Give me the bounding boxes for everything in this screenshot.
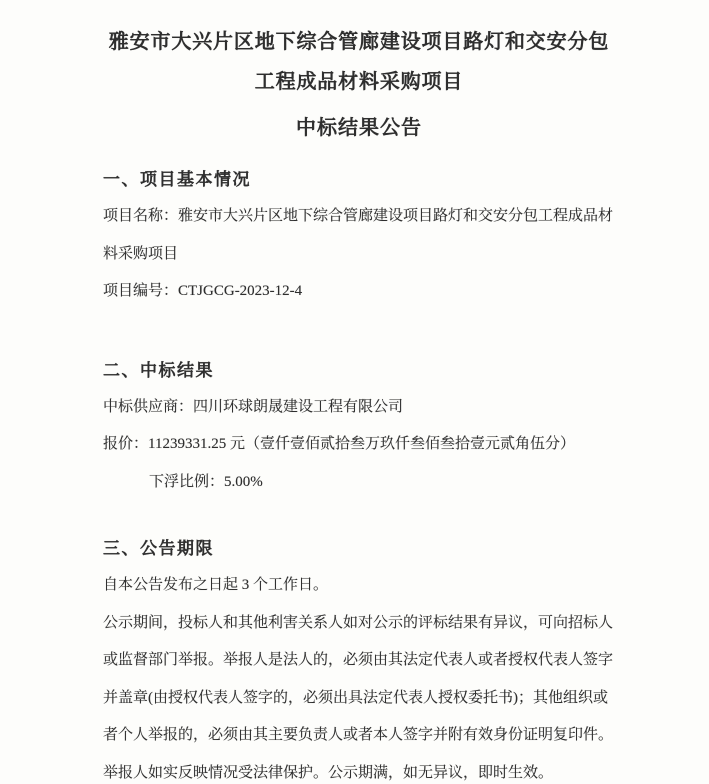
project-name-line: 项目名称：雅安市大兴片区地下综合管廊建设项目路灯和交安分包工程成品材料采购项目 bbox=[103, 198, 615, 273]
project-number-value: CTJGCG-2023-12-4 bbox=[178, 283, 302, 299]
section-announcement-period: 三、公告期限 自本公告发布之日起 3 个工作日。 公示期间，投标人和其他利害关系… bbox=[103, 537, 615, 784]
objection-procedure-paragraph: 公示期间，投标人和其他利害关系人如对公示的评标结果有异议，可向招标人或监督部门举… bbox=[103, 605, 615, 755]
document-title: 雅安市大兴片区地下综合管廊建设项目路灯和交安分包工程成品材料采购项目 bbox=[103, 22, 615, 102]
announcement-duration-paragraph: 自本公告发布之日起 3 个工作日。 bbox=[103, 567, 615, 605]
section-bid-result-heading: 二、中标结果 bbox=[103, 359, 615, 383]
section-announcement-period-heading: 三、公告期限 bbox=[103, 537, 615, 561]
winning-supplier-value: 四川环球朗晟建设工程有限公司 bbox=[193, 399, 403, 415]
section-bid-result: 二、中标结果 中标供应商：四川环球朗晟建设工程有限公司 报价：11239331.… bbox=[103, 359, 615, 502]
project-name-value: 雅安市大兴片区地下综合管廊建设项目路灯和交安分包工程成品材料采购项目 bbox=[103, 208, 613, 262]
section-basic-info: 一、项目基本情况 项目名称：雅安市大兴片区地下综合管廊建设项目路灯和交安分包工程… bbox=[103, 168, 615, 311]
winning-supplier-label: 中标供应商： bbox=[103, 399, 193, 415]
document-subtitle: 中标结果公告 bbox=[103, 114, 615, 142]
discount-rate-line: 下浮比例：5.00% bbox=[103, 464, 615, 502]
section-basic-info-heading: 一、项目基本情况 bbox=[103, 168, 615, 192]
project-number-label: 项目编号： bbox=[103, 283, 178, 299]
discount-rate-value: 5.00% bbox=[224, 474, 263, 490]
discount-rate-label: 下浮比例： bbox=[149, 474, 224, 490]
whistleblower-protection-paragraph: 举报人如实反映情况受法律保护。公示期满，如无异议，即时生效。 bbox=[103, 755, 615, 784]
document-page: 雅安市大兴片区地下综合管廊建设项目路灯和交安分包工程成品材料采购项目 中标结果公… bbox=[0, 0, 709, 784]
bid-price-line: 报价：11239331.25 元（壹仟壹佰贰拾叁万玖仟叁佰叁拾壹元贰角伍分） bbox=[103, 426, 615, 464]
bid-price-value: 11239331.25 元（壹仟壹佰贰拾叁万玖仟叁佰叁拾壹元贰角伍分） bbox=[148, 436, 575, 452]
project-number-line: 项目编号：CTJGCG-2023-12-4 bbox=[103, 273, 615, 311]
winning-supplier-line: 中标供应商：四川环球朗晟建设工程有限公司 bbox=[103, 389, 615, 427]
bid-price-label: 报价： bbox=[103, 436, 148, 452]
project-name-label: 项目名称： bbox=[103, 208, 178, 224]
